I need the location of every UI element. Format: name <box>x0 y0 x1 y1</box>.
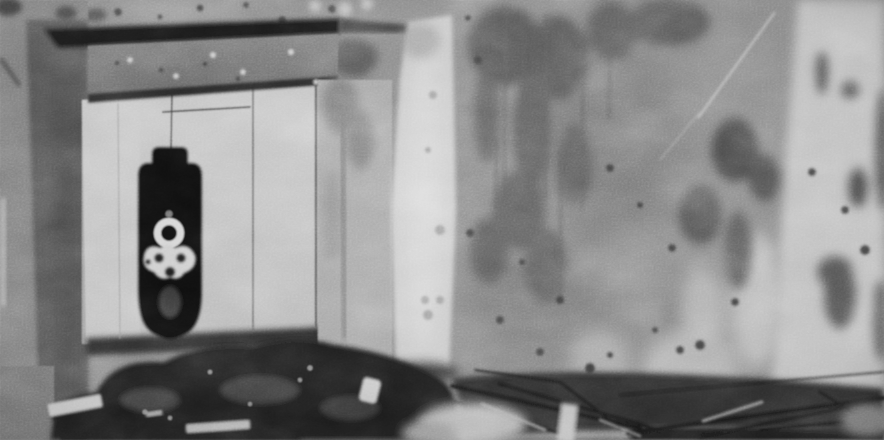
screenshot-canvas: Grainy black-and-white photograph of a c… <box>0 0 884 440</box>
photo-svg: Grainy black-and-white photograph of a c… <box>0 0 884 440</box>
bunker-photograph: Grainy black-and-white photograph of a c… <box>0 0 884 440</box>
vignette <box>0 0 884 440</box>
